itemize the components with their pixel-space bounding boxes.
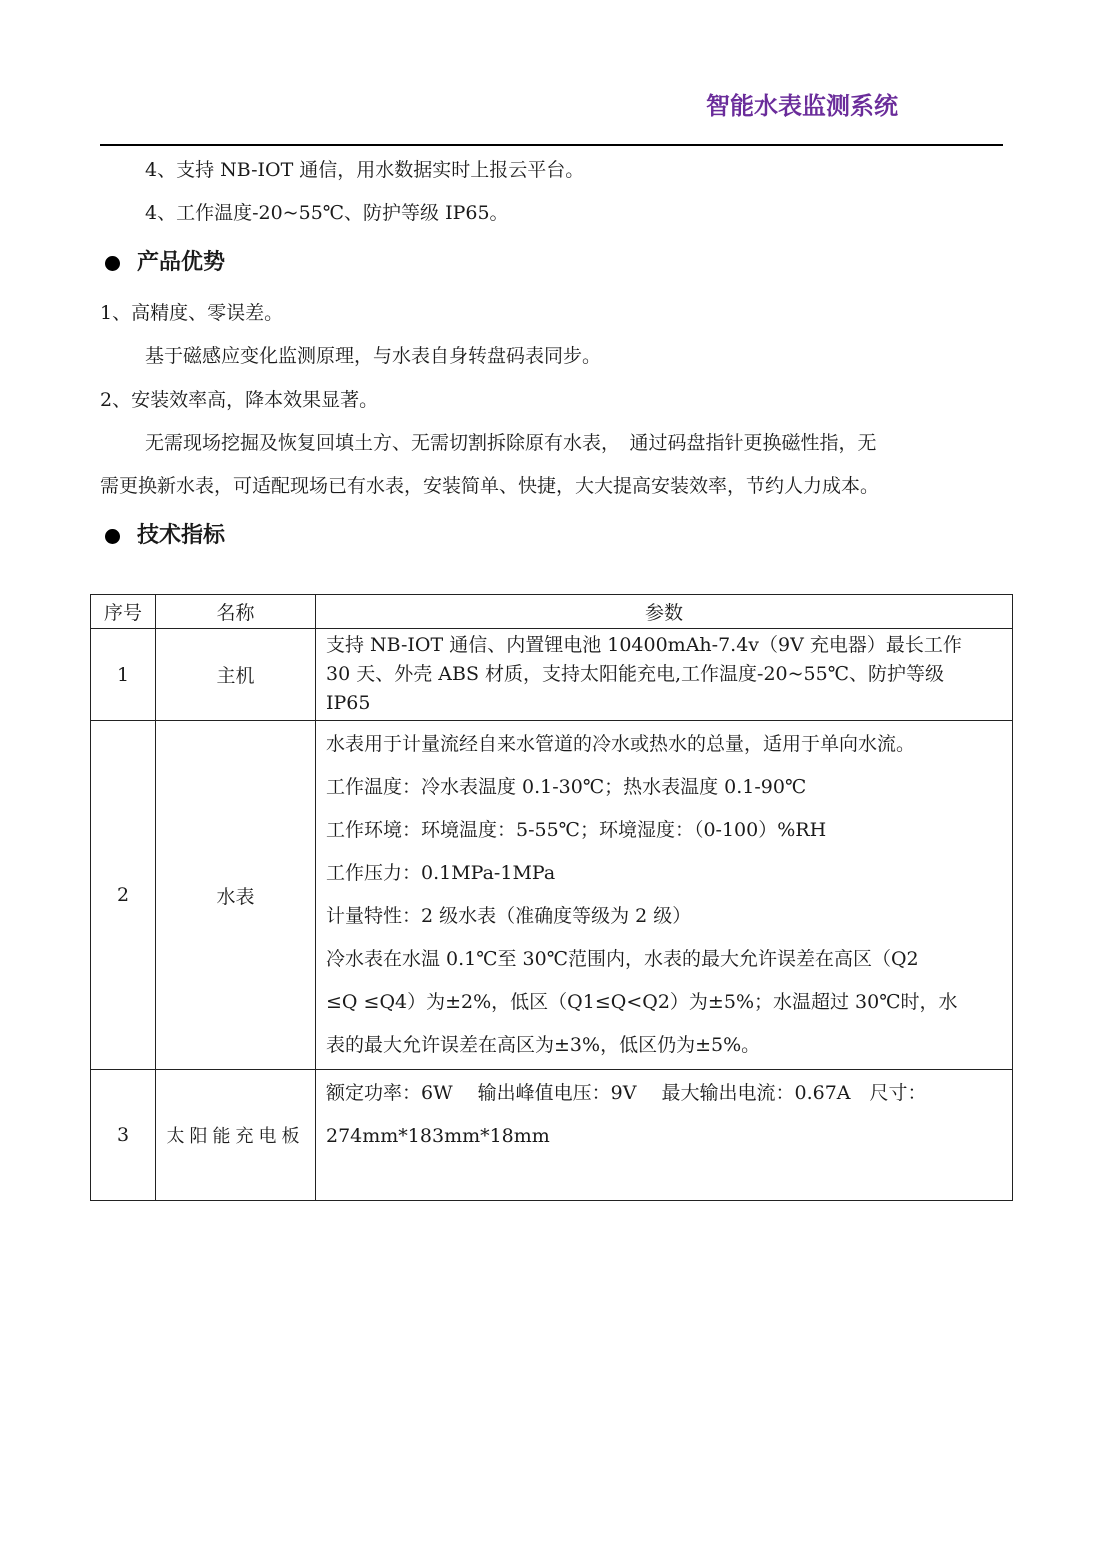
header-name: 名称 (156, 595, 316, 629)
cell-params: 额定功率：6W 输出峰值电压：9V 最大输出电流：0.67A 尺寸： 274mm… (316, 1070, 1013, 1201)
section-heading-advantages: 产品优势 (105, 248, 225, 278)
param-line: 支持 NB-IOT 通信、内置锂电池 10400mAh-7.4v（9V 充电器）… (326, 631, 1004, 660)
section-heading-text: 技术指标 (137, 521, 225, 551)
bullet-icon (105, 529, 120, 544)
spec-table: 序号 名称 参数 1 主机 支持 NB-IOT 通信、内置锂电池 10400mA… (90, 594, 1013, 1201)
param-line: 工作压力：0.1MPa-1MPa (326, 852, 1004, 895)
header-params: 参数 (316, 595, 1013, 629)
param-line: 冷水表在水温 0.1℃至 30℃范围内，水表的最大允许误差在高区（Q2 (326, 938, 1004, 981)
param-line: 工作温度：冷水表温度 0.1-30℃；热水表温度 0.1-90℃ (326, 766, 1004, 809)
param-line: 计量特性：2 级水表（准确度等级为 2 级） (326, 895, 1004, 938)
param-line: 水表用于计量流经自来水管道的冷水或热水的总量，适用于单向水流。 (326, 723, 1004, 766)
table-row: 2 水表 水表用于计量流经自来水管道的冷水或热水的总量，适用于单向水流。 工作温… (91, 721, 1013, 1070)
intro-line: 4、工作温度-20~55℃、防护等级 IP65。 (145, 200, 509, 226)
param-line: 30 天、外壳 ABS 材质，支持太阳能充电,工作温度-20~55℃、防护等级 (326, 660, 1004, 689)
advantage-body: 基于磁感应变化监测原理，与水表自身转盘码表同步。 (145, 343, 601, 369)
section-heading-specs: 技术指标 (105, 521, 225, 551)
table-row: 3 太阳能充电板 额定功率：6W 输出峰值电压：9V 最大输出电流：0.67A … (91, 1070, 1013, 1201)
param-line: 额定功率：6W 输出峰值电压：9V 最大输出电流：0.67A 尺寸： (326, 1072, 1004, 1115)
cell-name: 太阳能充电板 (156, 1070, 316, 1201)
table-header-row: 序号 名称 参数 (91, 595, 1013, 629)
section-heading-text: 产品优势 (137, 248, 225, 278)
header-index: 序号 (91, 595, 156, 629)
bullet-icon (105, 256, 120, 271)
advantage-body: 需更换新水表，可适配现场已有水表，安装简单、快捷，大大提高安装效率，节约人力成本… (100, 473, 879, 499)
intro-line: 4、支持 NB-IOT 通信，用水数据实时上报云平台。 (145, 157, 584, 183)
header-divider (100, 144, 1003, 146)
param-line: 274mm*183mm*18mm (326, 1115, 1004, 1158)
cell-params: 水表用于计量流经自来水管道的冷水或热水的总量，适用于单向水流。 工作温度：冷水表… (316, 721, 1013, 1070)
param-line: IP65 (326, 689, 1004, 718)
cell-name: 主机 (156, 629, 316, 721)
advantage-body: 无需现场挖掘及恢复回填土方、无需切割拆除原有水表， 通过码盘指针更换磁性指，无 (145, 430, 877, 456)
cell-params: 支持 NB-IOT 通信、内置锂电池 10400mAh-7.4v（9V 充电器）… (316, 629, 1013, 721)
param-line: 工作环境：环境温度：5-55℃；环境湿度：（0-100）%RH (326, 809, 1004, 852)
cell-name: 水表 (156, 721, 316, 1070)
cell-index: 3 (91, 1070, 156, 1201)
table-row: 1 主机 支持 NB-IOT 通信、内置锂电池 10400mAh-7.4v（9V… (91, 629, 1013, 721)
advantage-title: 1、高精度、零误差。 (100, 300, 283, 326)
param-line: 表的最大允许误差在高区为±3%，低区仍为±5%。 (326, 1024, 1004, 1067)
advantage-title: 2、安装效率高，降本效果显著。 (100, 387, 378, 413)
page-header-title: 智能水表监测系统 (706, 86, 898, 121)
cell-index: 2 (91, 721, 156, 1070)
cell-index: 1 (91, 629, 156, 721)
param-line: ≤Q ≤Q4）为±2%，低区（Q1≤Q<Q2）为±5%；水温超过 30℃时，水 (326, 981, 1004, 1024)
